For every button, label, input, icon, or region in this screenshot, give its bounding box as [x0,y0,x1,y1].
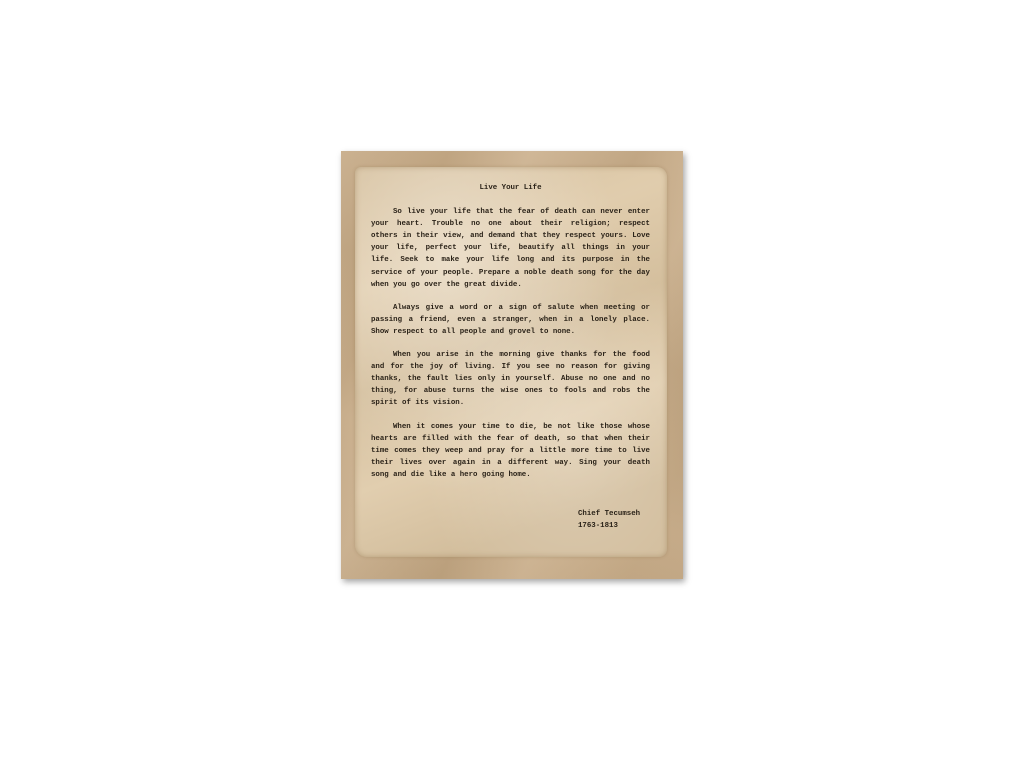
paragraph: Always give a word or a sign of salute w… [371,302,650,338]
document-body: Live Your Life So live your life that th… [371,182,650,492]
stage: Live Your Life So live your life that th… [0,0,1024,768]
signature-block: Chief Tecumseh 1763-1813 [578,508,640,532]
paragraph: When you arise in the morning give thank… [371,349,650,409]
document-title: Live Your Life [371,182,650,194]
paragraph: So live your life that the fear of death… [371,206,650,291]
paragraph: When it comes your time to die, be not l… [371,421,650,481]
signature-author: Chief Tecumseh [578,508,640,520]
signature-dates: 1763-1813 [578,520,640,532]
